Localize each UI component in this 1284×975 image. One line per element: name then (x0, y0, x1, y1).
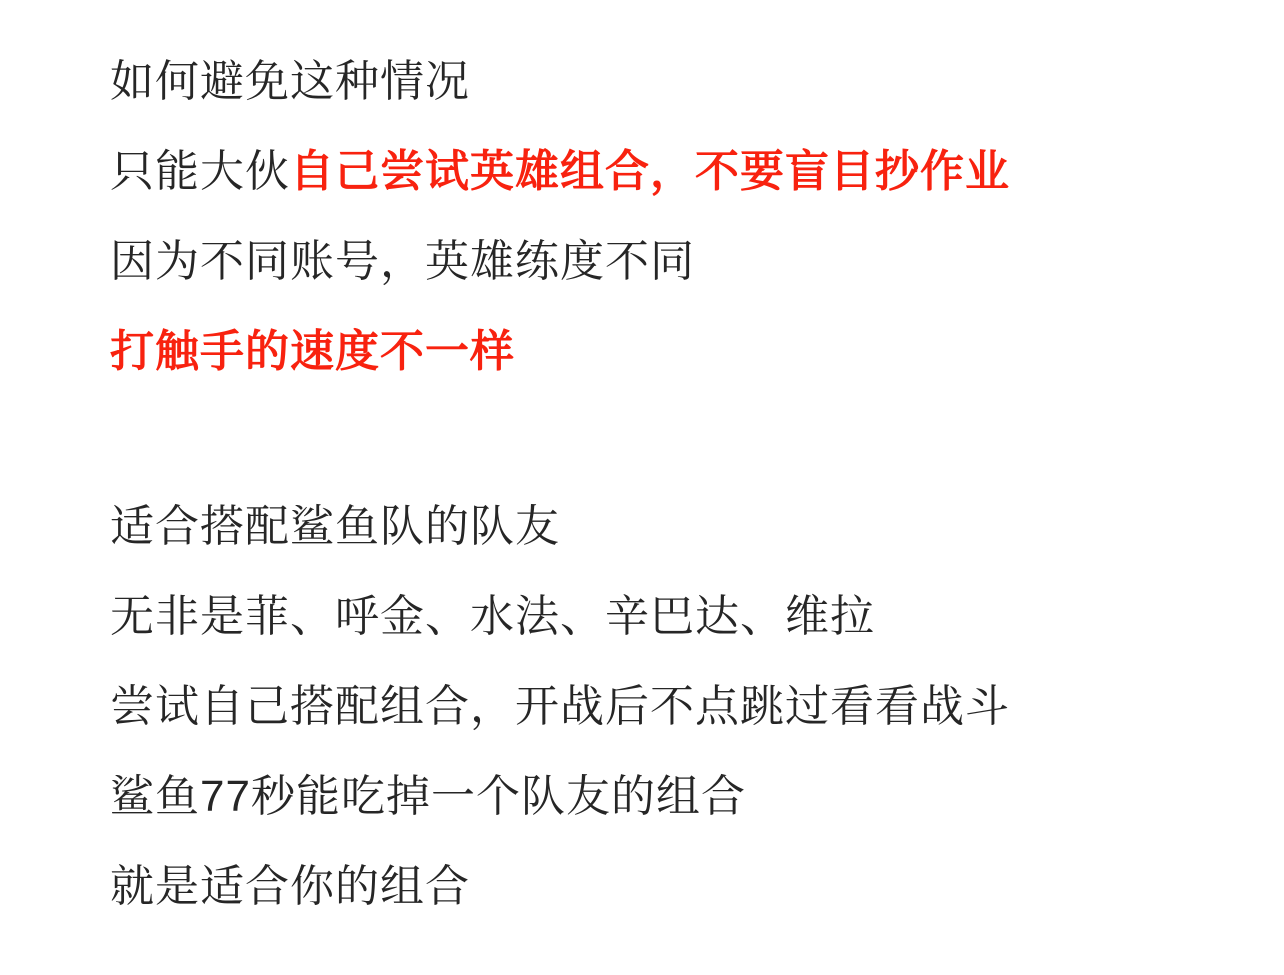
paragraph: 因为不同账号，英雄练度不同 (110, 240, 1244, 284)
paragraph: 打触手的速度不一样 (110, 330, 1244, 374)
paragraph-break (110, 420, 1244, 505)
paragraph: 尝试自己搭配组合，开战后不点跳过看看战斗 (110, 685, 1244, 729)
text-segment: 适合搭配鲨鱼队的队友 (110, 502, 560, 551)
paragraph: 适合搭配鲨鱼队的队友 (110, 505, 1244, 549)
highlight-segment: 打触手的速度不一样 (110, 327, 515, 376)
text-segment: 就是适合你的组合 (110, 862, 470, 911)
text-segment: 尝试自己搭配组合，开战后不点跳过看看战斗 (110, 682, 1010, 731)
text-page: 如何避免这种情况 只能大伙自己尝试英雄组合，不要盲目抄作业 因为不同账号，英雄练… (0, 0, 1284, 975)
highlight-segment: 自己尝试英雄组合，不要盲目抄作业 (290, 147, 1010, 196)
paragraph: 鲨鱼77秒能吃掉一个队友的组合 (110, 775, 1244, 819)
paragraph: 只能大伙自己尝试英雄组合，不要盲目抄作业 (110, 150, 1244, 194)
paragraph: 无非是菲、呼金、水法、辛巴达、维拉 (110, 595, 1244, 639)
text-segment: 只能大伙 (110, 147, 290, 196)
text-segment: 因为不同账号，英雄练度不同 (110, 237, 695, 286)
text-segment: 如何避免这种情况 (110, 57, 470, 106)
paragraph: 就是适合你的组合 (110, 865, 1244, 909)
paragraph: 如何避免这种情况 (110, 60, 1244, 104)
text-segment: 鲨鱼77秒能吃掉一个队友的组合 (110, 772, 746, 821)
text-segment: 无非是菲、呼金、水法、辛巴达、维拉 (110, 592, 875, 641)
